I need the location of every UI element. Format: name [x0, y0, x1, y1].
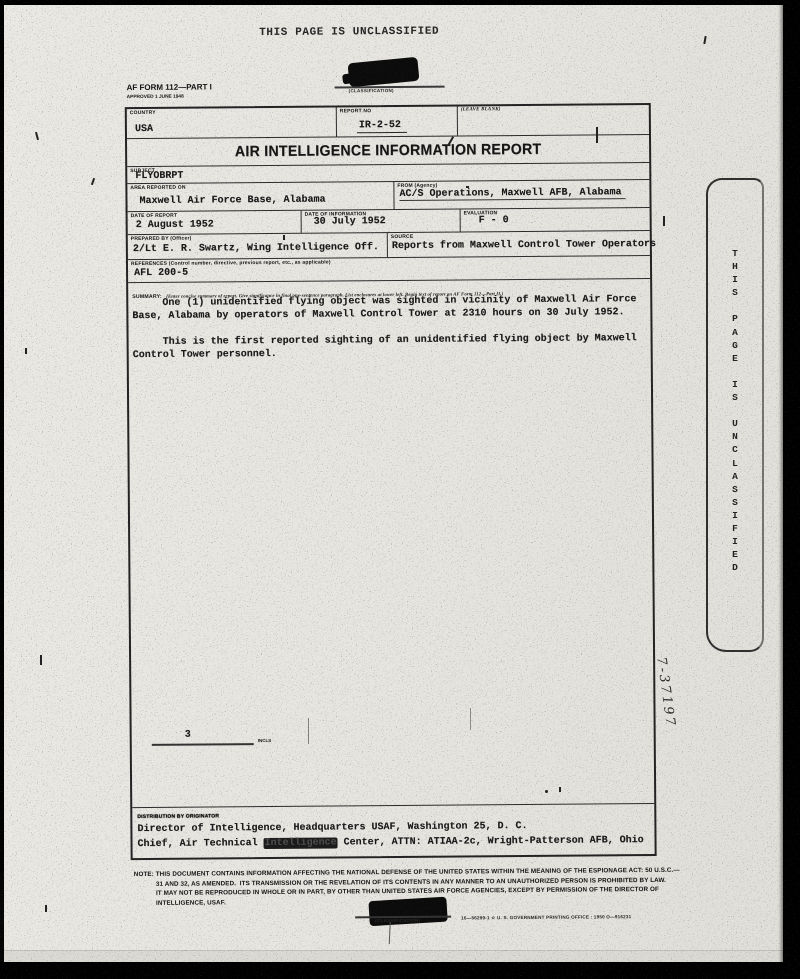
date-of-report-value: 2 August 1952	[136, 219, 214, 231]
scan-speck	[559, 787, 561, 792]
references-cell: REFERENCES (Control number, directive, p…	[128, 256, 650, 282]
form-title-row: AIR INTELLIGENCE INFORMATION REPORT	[127, 135, 649, 167]
scan-border-right	[783, 0, 800, 979]
scan-speck	[545, 790, 548, 793]
leave-blank-cell: (LEAVE BLANK)	[457, 105, 649, 136]
source-value: Reports from Maxwell Control Tower Opera…	[392, 239, 656, 252]
references-label: REFERENCES (Control number, directive, p…	[131, 259, 331, 267]
form-number: AF FORM 112—PART I	[127, 82, 212, 92]
enclosures-underline	[152, 743, 254, 745]
scan-speck	[40, 655, 42, 665]
scan-speck	[596, 127, 598, 143]
distribution-row: DISTRIBUTION BY ORIGINATOR Director of I…	[132, 803, 654, 862]
scan-speck	[466, 186, 469, 188]
from-cell: FROM (Agency) AC/S Operations, Maxwell A…	[393, 180, 649, 209]
subject-value: FLYOBRPT	[135, 171, 183, 182]
form-row-header: COUNTRY USA REPORT NO IR-2-52 (LEAVE BLA…	[127, 105, 649, 139]
side-tab-classification-text: T H I S P A G E I S U N C L A S S I F I …	[706, 247, 764, 574]
source-label: SOURCE	[391, 234, 414, 240]
scan-border-top	[0, 0, 800, 5]
gpo-print-line: 16—56299-1 ☆ U. S. GOVERNMENT PRINTING O…	[461, 914, 631, 921]
distribution-line1: Director of Intelligence, Headquarters U…	[137, 821, 527, 835]
distribution-label: DISTRIBUTION BY ORIGINATOR	[137, 813, 219, 820]
source-cell: SOURCE Reports from Maxwell Control Towe…	[387, 231, 650, 257]
scan-speck	[308, 718, 309, 744]
classification-label-bottom: (CLASSIFICATION)	[375, 918, 420, 923]
report-no-label: REPORT NO	[340, 108, 372, 114]
area-value: Maxwell Air Force Base, Alabama	[139, 195, 325, 207]
area-from-row: AREA REPORTED ON Maxwell Air Force Base,…	[127, 180, 649, 212]
summary-body-area: One (1) unidentified flying object was s…	[128, 291, 654, 807]
report-no-cell: REPORT NO IR-2-52	[336, 106, 457, 136]
prepared-by-value: 2/Lt E. R. Swartz, Wing Intelligence Off…	[133, 242, 379, 255]
overstamped-word: Intelligence	[264, 837, 338, 849]
date-of-report-cell: DATE OF REPORT 2 August 1952	[128, 211, 301, 234]
date-of-report-label: DATE OF REPORT	[131, 213, 178, 219]
scan-border-bottom	[0, 962, 800, 979]
evaluation-value: F - 0	[479, 215, 509, 226]
report-no-value: IR-2-52	[357, 120, 407, 133]
country-label: COUNTRY	[130, 110, 156, 116]
form-title: AIR INTELLIGENCE INFORMATION REPORT	[235, 141, 542, 160]
distribution-line2: Chief, Air Technical Intelligence Center…	[138, 835, 644, 850]
page-classification-banner: THIS PAGE IS UNCLASSIFIED	[259, 26, 439, 39]
distribution-line2-pre: Chief, Air Technical	[138, 838, 264, 850]
form-approved-date: APPROVED 1 JUNE 1948	[127, 95, 184, 100]
form-table: COUNTRY USA REPORT NO IR-2-52 (LEAVE BLA…	[125, 103, 657, 860]
country-value: USA	[135, 124, 153, 135]
enclosures-label: INCLS	[258, 738, 272, 743]
scan-speck	[25, 348, 27, 354]
leave-blank-label: (LEAVE BLANK)	[461, 107, 501, 112]
scan-speck	[663, 216, 665, 226]
area-cell: AREA REPORTED ON Maxwell Air Force Base,…	[127, 182, 393, 211]
prepared-by-cell: PREPARED BY (Officer) 2/Lt E. R. Swartz,…	[128, 233, 387, 259]
evaluation-cell: EVALUATION F - 0	[460, 208, 650, 231]
date-of-information-cell: DATE OF INFORMATION 30 July 1952	[301, 209, 460, 232]
scan-border-left	[0, 0, 4, 872]
country-cell: COUNTRY USA	[127, 107, 336, 138]
references-value: AFL 200-5	[134, 268, 188, 279]
scan-speck	[283, 235, 285, 240]
stray-pen-mark	[389, 922, 391, 944]
date-of-information-value: 30 July 1952	[314, 216, 386, 228]
distribution-line2-post: Center, ATTN: ATIAA-2c, Wright-Patterson…	[338, 835, 644, 848]
scan-speck	[470, 708, 471, 730]
from-value: AC/S Operations, Maxwell AFB, Alabama	[399, 187, 625, 201]
scan-content: THIS PAGE IS UNCLASSIFIED (CLASSIFICATIO…	[0, 0, 800, 979]
enclosures-count: 3	[185, 730, 191, 741]
classification-label-top: (CLASSIFICATION)	[349, 88, 394, 93]
scanned-document-page: THIS PAGE IS UNCLASSIFIED (CLASSIFICATIO…	[0, 0, 800, 979]
prepared-by-label: PREPARED BY (Officer)	[131, 236, 192, 242]
scan-speck	[45, 905, 47, 912]
summary-body-text: One (1) unidentified flying object was s…	[132, 294, 637, 362]
area-label: AREA REPORTED ON	[130, 185, 185, 191]
